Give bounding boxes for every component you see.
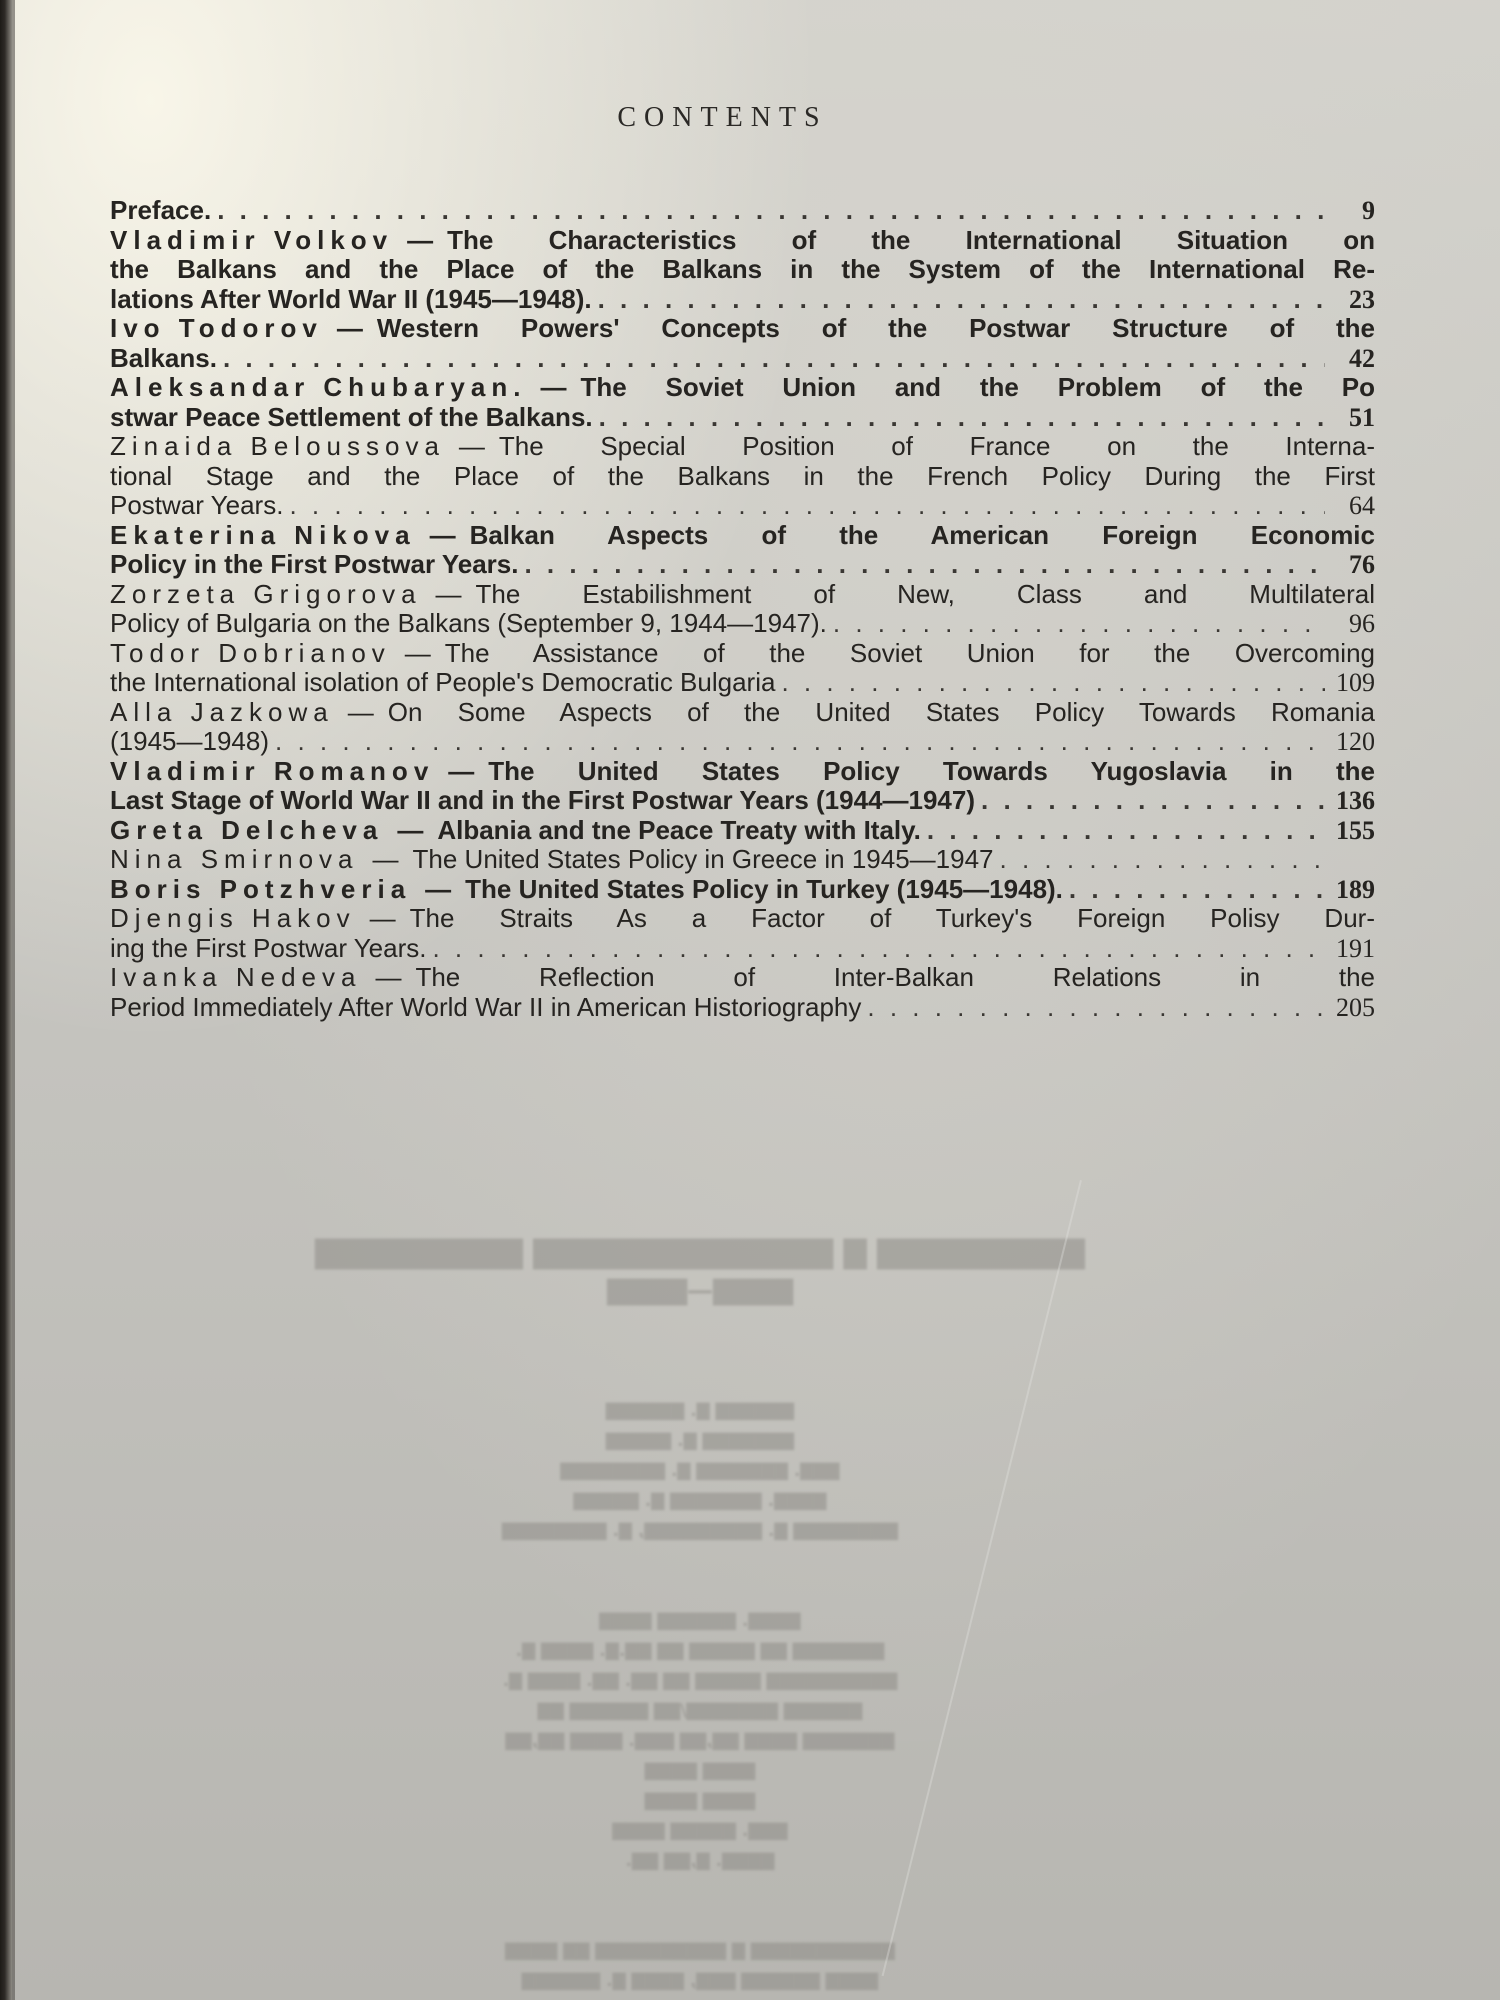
toc-author: Djengis Hakov <box>110 904 356 934</box>
toc-author: Greta Delcheva <box>110 816 383 846</box>
toc-line: lations After World War II (1945—1948).2… <box>110 285 1375 315</box>
toc-dash: — <box>375 963 401 993</box>
toc-dash: — <box>397 816 423 846</box>
toc-title-text: tional Stage and the Place of the Balkan… <box>110 462 1375 492</box>
toc-line: Vladimir Romanov—The United States Polic… <box>110 757 1375 787</box>
toc-line: Aleksandar Chubaryan.—The Soviet Union a… <box>110 373 1375 403</box>
toc-entry[interactable]: Preface.9 <box>110 196 1375 226</box>
toc-title-text: Last Stage of World War II and in the Fi… <box>110 786 975 816</box>
toc-line: Balkans.42 <box>110 344 1375 374</box>
page-number: 23 <box>1331 285 1375 315</box>
toc-title-text: Albania and tne Peace Treaty with Italy. <box>437 816 921 846</box>
toc-entry[interactable]: Ivo Todorov—Western Powers' Concepts of … <box>110 314 1375 373</box>
page-number: 42 <box>1331 344 1375 374</box>
page-number: 155 <box>1331 816 1375 846</box>
toc-line: Ivo Todorov—Western Powers' Concepts of … <box>110 314 1375 344</box>
toc-author: Boris Potzhveria <box>110 875 411 905</box>
toc-line: Period Immediately After World War II in… <box>110 993 1375 1023</box>
toc-dash: — <box>436 580 462 610</box>
page-number: 64 <box>1331 491 1375 521</box>
toc-author: Todor Dobrianov <box>110 639 391 669</box>
toc-dash: — <box>373 845 399 875</box>
toc-title-text: The United States Policy in Turkey (1945… <box>465 875 1063 905</box>
page-number: 76 <box>1331 550 1375 580</box>
toc-title-text: The Straits As a Factor of Turkey's Fore… <box>410 904 1375 934</box>
toc-title-text: the International isolation of People's … <box>110 668 775 698</box>
toc-line: ing the First Postwar Years.191 <box>110 934 1375 964</box>
toc-author: Zinaida Beloussova <box>110 432 445 462</box>
toc-title-text: stwar Peace Settlement of the Balkans. <box>110 403 593 433</box>
dot-leader <box>1000 845 1325 875</box>
toc-dash: — <box>407 226 433 256</box>
toc-line: Policy of Bulgaria on the Balkans (Septe… <box>110 609 1375 639</box>
dot-leader <box>833 609 1325 639</box>
toc-author: Vladimir Volkov <box>110 226 393 256</box>
toc-entry[interactable]: Ivanka Nedeva—The Reflection of Inter-Ba… <box>110 963 1375 1022</box>
toc-title-text: The United States Policy in Greece in 19… <box>413 845 994 875</box>
toc-entry[interactable]: Zinaida Beloussova—The Special Position … <box>110 432 1375 521</box>
page-title: CONTENTS <box>0 102 1445 134</box>
toc-title-text: Policy in the First Postwar Years. <box>110 550 518 580</box>
toc-line: Policy in the First Postwar Years.76 <box>110 550 1375 580</box>
toc-author: Ekaterina Nikova <box>110 521 416 551</box>
toc-dash: — <box>459 432 485 462</box>
toc-line: Last Stage of World War II and in the Fi… <box>110 786 1375 816</box>
table-of-contents: Preface.9Vladimir Volkov—The Characteris… <box>110 196 1375 1022</box>
toc-dash: — <box>348 698 374 728</box>
toc-dash: — <box>448 757 474 787</box>
toc-line: Djengis Hakov—The Straits As a Factor of… <box>110 904 1375 934</box>
toc-title-text: The Reflection of Inter-Balkan Relations… <box>415 963 1375 993</box>
dot-leader <box>223 344 1325 374</box>
toc-entry[interactable]: Aleksandar Chubaryan.—The Soviet Union a… <box>110 373 1375 432</box>
toc-title-text: On Some Aspects of the United States Pol… <box>388 698 1375 728</box>
toc-line: Todor Dobrianov—The Assistance of the So… <box>110 639 1375 669</box>
toc-entry[interactable]: Djengis Hakov—The Straits As a Factor of… <box>110 904 1375 963</box>
toc-title-text: Period Immediately After World War II in… <box>110 993 861 1023</box>
toc-title-text: Western Powers' Concepts of the Postwar … <box>377 314 1375 344</box>
toc-entry[interactable]: Alla Jazkowa—On Some Aspects of the Unit… <box>110 698 1375 757</box>
toc-author: Vladimir Romanov <box>110 757 434 787</box>
toc-title-text: lations After World War II (1945—1948). <box>110 285 592 315</box>
page-number: 96 <box>1331 609 1375 639</box>
toc-author: Ivo Todorov <box>110 314 323 344</box>
book-spine <box>0 0 12 2000</box>
toc-dash: — <box>540 373 566 403</box>
toc-line: Nina Smirnova—The United States Policy i… <box>110 845 1375 875</box>
dot-leader <box>867 993 1325 1023</box>
toc-entry[interactable]: Nina Smirnova—The United States Policy i… <box>110 845 1375 875</box>
toc-title-text: The Assistance of the Soviet Union for t… <box>445 639 1375 669</box>
toc-title-text: Preface. <box>110 196 211 226</box>
toc-title-text: The Special Position of France on the In… <box>499 432 1375 462</box>
toc-dash: — <box>337 314 363 344</box>
toc-title-text: Balkans. <box>110 344 217 374</box>
toc-entry[interactable]: Vladimir Volkov—The Characteristics of t… <box>110 226 1375 315</box>
toc-line: Vladimir Volkov—The Characteristics of t… <box>110 226 1375 256</box>
toc-entry[interactable]: Zorzeta Grigorova—The Estabilishment of … <box>110 580 1375 639</box>
page-number: 109 <box>1331 668 1375 698</box>
book-page: CONTENTS Preface.9Vladimir Volkov—The Ch… <box>0 0 1500 2000</box>
toc-author: Ivanka Nedeva <box>110 963 361 993</box>
toc-title-text: Policy of Bulgaria on the Balkans (Septe… <box>110 609 827 639</box>
toc-line: tional Stage and the Place of the Balkan… <box>110 462 1375 492</box>
toc-dash: — <box>370 904 396 934</box>
dot-leader <box>524 550 1325 580</box>
toc-line: Postwar Years.64 <box>110 491 1375 521</box>
toc-author: Alla Jazkowa <box>110 698 334 728</box>
dot-leader <box>927 816 1325 846</box>
toc-line: Greta Delcheva—Albania and tne Peace Tre… <box>110 816 1375 846</box>
toc-line: (1945—1948)120 <box>110 727 1375 757</box>
toc-dash: — <box>430 521 456 551</box>
page-number: 136 <box>1331 786 1375 816</box>
dot-leader <box>1069 875 1325 905</box>
dot-leader <box>781 668 1325 698</box>
toc-entry[interactable]: Vladimir Romanov—The United States Polic… <box>110 757 1375 816</box>
toc-title-text: (1945—1948) <box>110 727 269 757</box>
toc-author: Nina Smirnova <box>110 845 359 875</box>
toc-line: Preface.9 <box>110 196 1375 226</box>
toc-line: Ivanka Nedeva—The Reflection of Inter-Ba… <box>110 963 1375 993</box>
toc-author: Zorzeta Grigorova <box>110 580 422 610</box>
toc-title-text: the Balkans and the Place of the Balkans… <box>110 255 1375 285</box>
toc-title-text: Balkan Aspects of the American Foreign E… <box>470 521 1375 551</box>
toc-title-text: The Soviet Union and the Problem of the … <box>580 373 1375 403</box>
toc-title-text: The Estabilishment of New, Class and Mul… <box>476 580 1375 610</box>
page-number: 51 <box>1331 403 1375 433</box>
page-edge <box>12 0 15 2000</box>
toc-entry[interactable]: Greta Delcheva—Albania and tne Peace Tre… <box>110 816 1375 846</box>
toc-entry[interactable]: Boris Potzhveria—The United States Polic… <box>110 875 1375 905</box>
toc-title-text: The Characteristics of the International… <box>447 226 1375 256</box>
page-number: 9 <box>1331 196 1375 226</box>
toc-dash: — <box>425 875 451 905</box>
dot-leader <box>289 491 1325 521</box>
toc-line: stwar Peace Settlement of the Balkans.51 <box>110 403 1375 433</box>
toc-line: Zinaida Beloussova—The Special Position … <box>110 432 1375 462</box>
toc-title-text: Postwar Years. <box>110 491 283 521</box>
page-number: 189 <box>1331 875 1375 905</box>
toc-line: Ekaterina Nikova—Balkan Aspects of the A… <box>110 521 1375 551</box>
page-number: 120 <box>1331 727 1375 757</box>
toc-line: Alla Jazkowa—On Some Aspects of the Unit… <box>110 698 1375 728</box>
toc-entry[interactable]: Todor Dobrianov—The Assistance of the So… <box>110 639 1375 698</box>
page-number: 205 <box>1331 993 1375 1023</box>
dot-leader <box>598 285 1325 315</box>
toc-line: the International isolation of People's … <box>110 668 1375 698</box>
toc-line: the Balkans and the Place of the Balkans… <box>110 255 1375 285</box>
toc-entry[interactable]: Ekaterina Nikova—Balkan Aspects of the A… <box>110 521 1375 580</box>
toc-title-text: ing the First Postwar Years. <box>110 934 426 964</box>
dot-leader <box>599 403 1325 433</box>
toc-dash: — <box>405 639 431 669</box>
toc-title-text: The United States Policy Towards Yugosla… <box>488 757 1375 787</box>
toc-author: Aleksandar Chubaryan. <box>110 373 526 403</box>
dot-leader <box>981 786 1325 816</box>
dot-leader <box>275 727 1325 757</box>
dot-leader <box>217 196 1325 226</box>
toc-line: Zorzeta Grigorova—The Estabilishment of … <box>110 580 1375 610</box>
page-number: 191 <box>1331 934 1375 964</box>
toc-line: Boris Potzhveria—The United States Polic… <box>110 875 1375 905</box>
dot-leader <box>432 934 1325 964</box>
